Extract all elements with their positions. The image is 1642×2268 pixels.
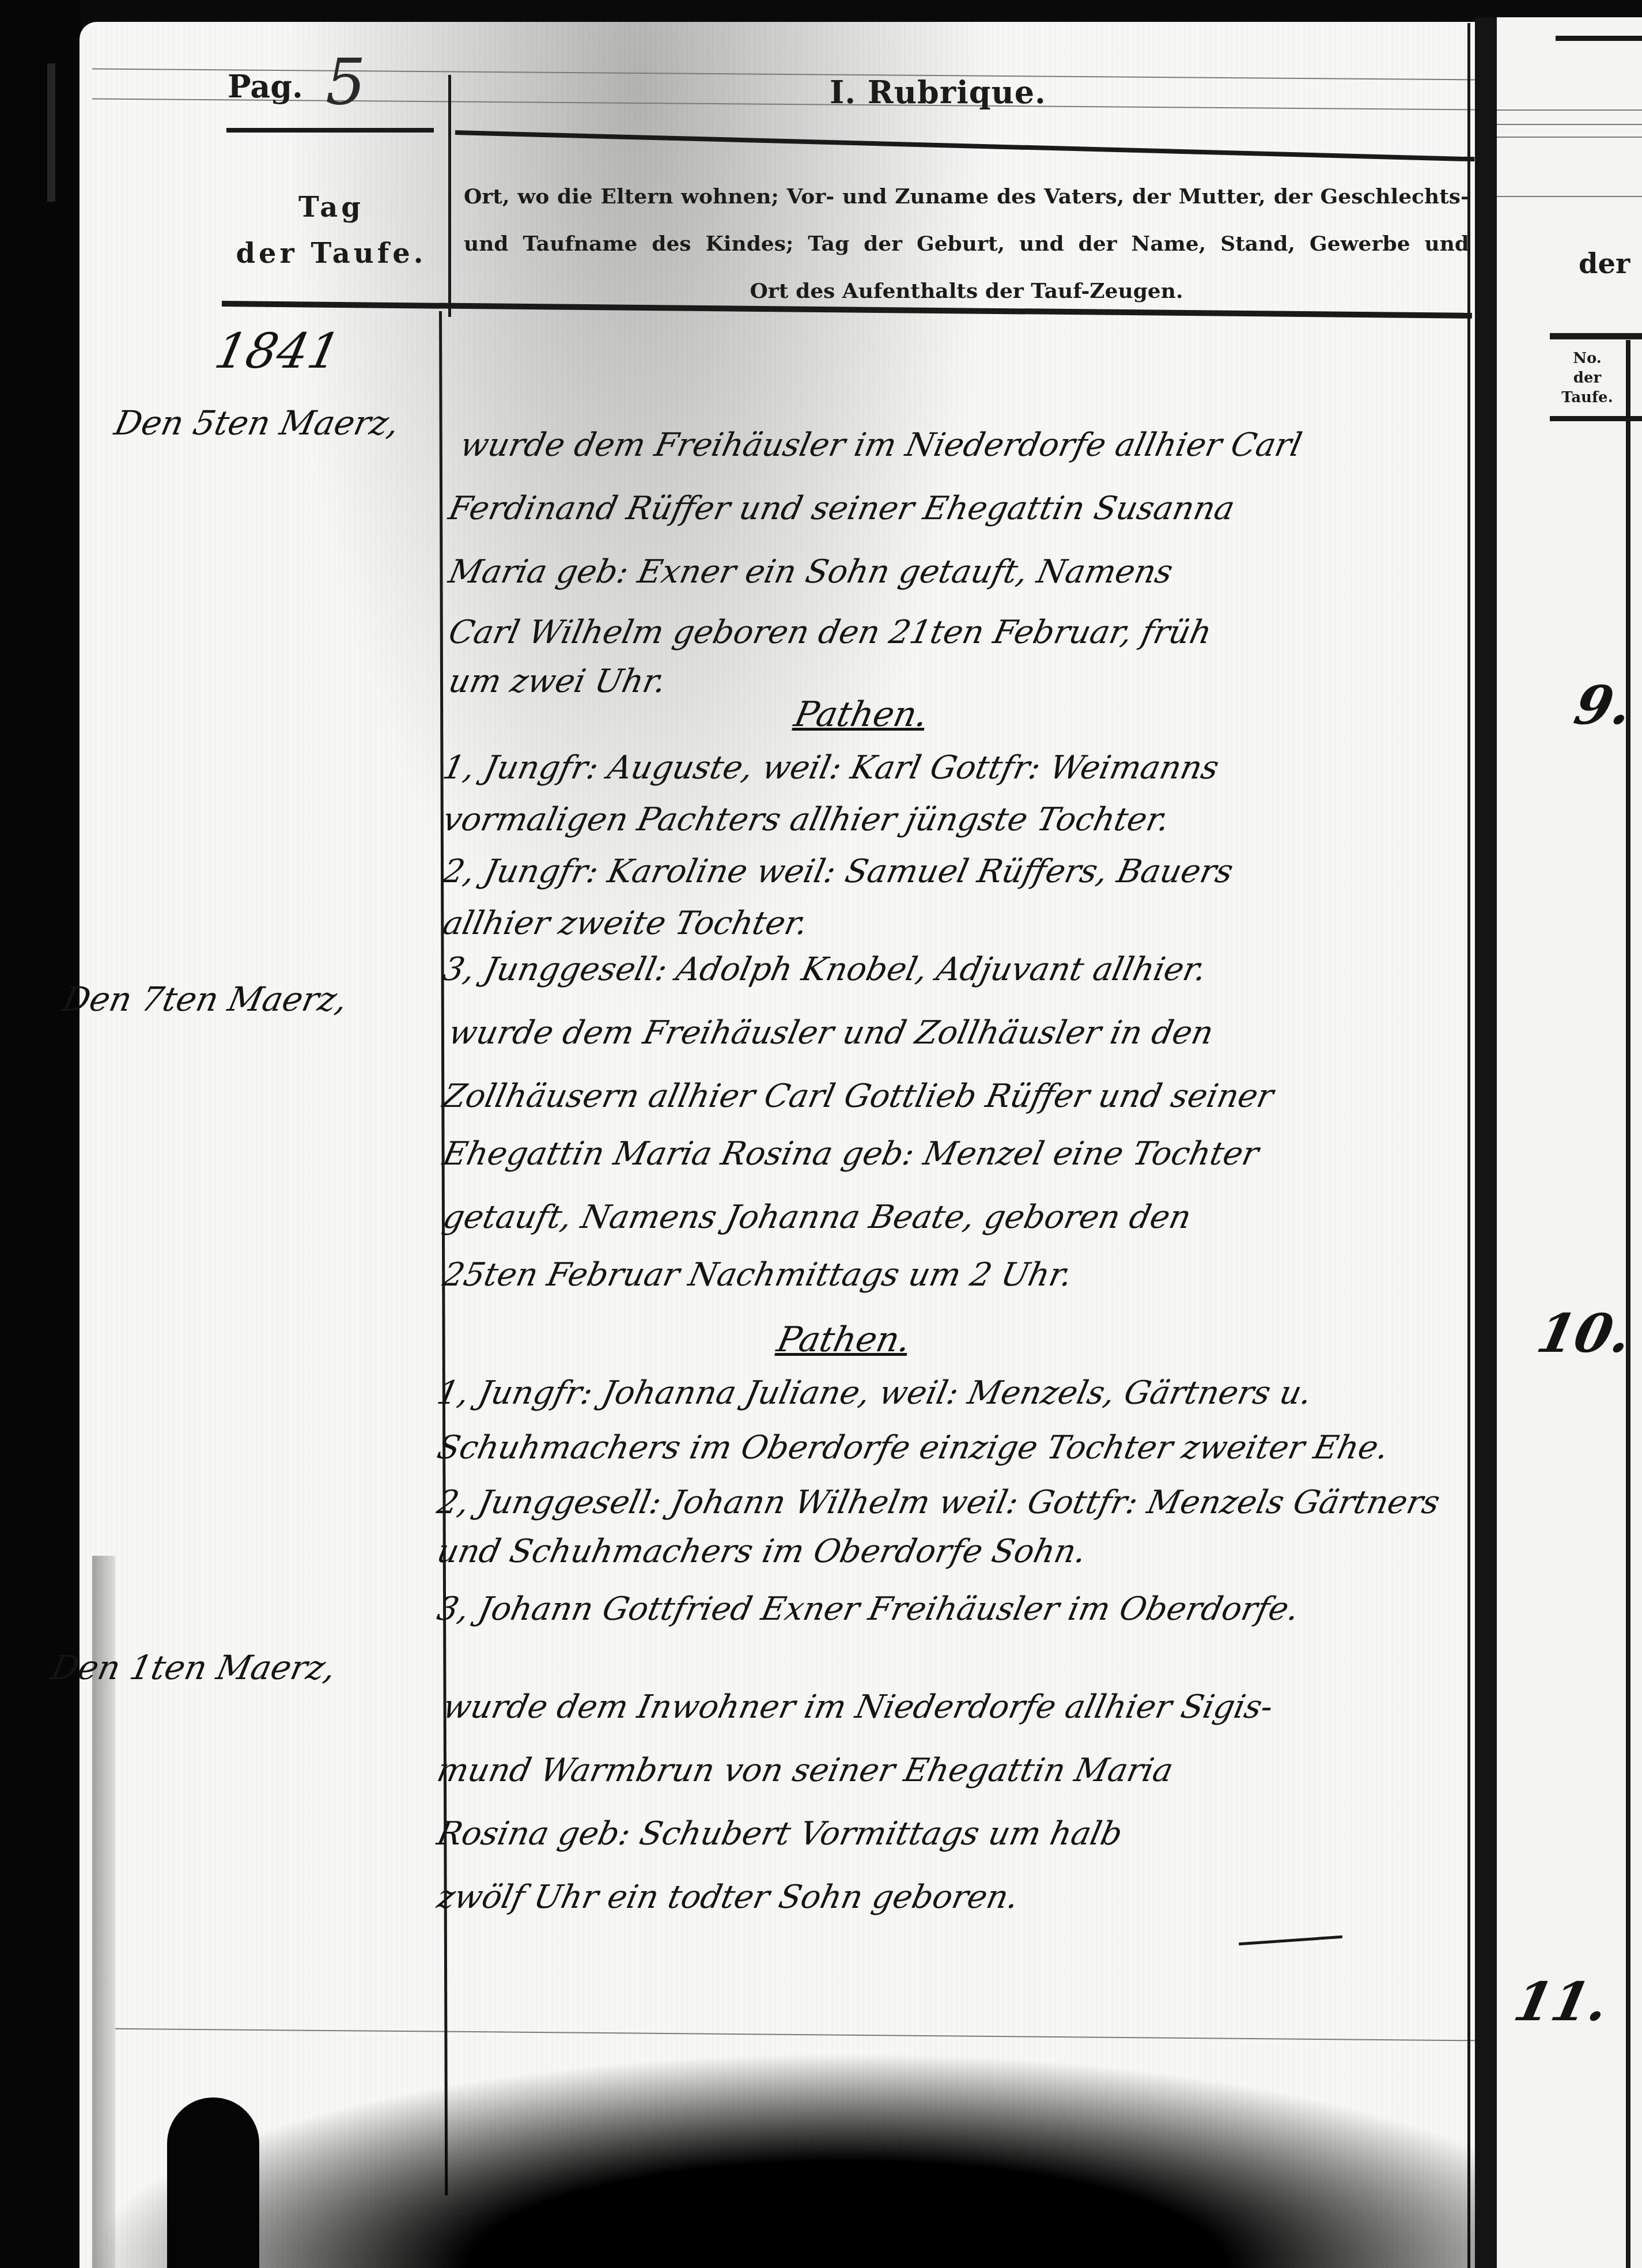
witness-line: und Schuhmachers im Oberdorfe Sohn. bbox=[434, 1533, 1089, 1570]
ruling-line bbox=[1497, 137, 1642, 138]
ruling-line bbox=[1497, 124, 1642, 125]
column-header-main: Ort, wo die Eltern wohnen; Vor- und Zuna… bbox=[464, 173, 1469, 315]
entry-line: getauft, Namens Johanna Beate, geboren d… bbox=[440, 1199, 1194, 1236]
header-rule bbox=[226, 128, 434, 133]
entry-line: wurde dem Freihäusler und Zollhäusler in… bbox=[445, 1014, 1217, 1052]
witness-line: vormaligen Pachters allhier jüngste Toch… bbox=[440, 801, 1173, 838]
baptism-date: Den 1ten Maerz, bbox=[48, 1648, 339, 1687]
entry-line: wurde dem Freihäusler im Niederdorfe all… bbox=[457, 426, 1305, 464]
section-title: I. Rubrique. bbox=[830, 74, 1046, 111]
scan-gutter bbox=[0, 0, 81, 2268]
column-header-number: No. der Taufe. bbox=[1556, 349, 1619, 407]
witness-line: 3, Junggesell: Adolph Knobel, Adjuvant a… bbox=[440, 951, 1209, 988]
entry-line: Rosina geb: Schubert Vormittags um halb bbox=[434, 1815, 1126, 1853]
page-gutter-divider bbox=[1475, 17, 1497, 2268]
header-rule bbox=[1556, 36, 1642, 41]
witness-line: Schuhmachers im Oberdorfe einzige Tochte… bbox=[434, 1429, 1392, 1466]
register-year: 1841 bbox=[210, 323, 346, 379]
page-frame-right bbox=[1467, 23, 1470, 2268]
witness-line: 3, Johann Gottfried Exner Freihäusler im… bbox=[434, 1590, 1303, 1628]
entry-line: mund Warmbrun von seiner Ehegattin Maria bbox=[434, 1752, 1176, 1789]
entry-line: 25ten Februar Nachmittags um 2 Uhr. bbox=[440, 1256, 1076, 1294]
entry-number: 11. bbox=[1509, 1971, 1614, 2033]
column-divider bbox=[448, 75, 451, 317]
scan-shadow bbox=[80, 2051, 1475, 2268]
baptism-date: Den 7ten Maerz, bbox=[59, 980, 351, 1019]
column-header-date: Tag der Taufe. bbox=[225, 184, 438, 277]
witness-line: 2, Jungfr: Karoline weil: Samuel Rüffers… bbox=[440, 853, 1236, 890]
header-rule bbox=[1550, 333, 1642, 339]
page-number: 5 bbox=[326, 45, 366, 119]
witness-line: 2, Junggesell: Johann Wilhelm weil: Gott… bbox=[434, 1484, 1443, 1521]
entry-line: Carl Wilhelm geboren den 21ten Februar, … bbox=[445, 614, 1215, 651]
entry-line: um zwei Uhr. bbox=[445, 663, 669, 700]
witness-line: 1, Jungfr: Johanna Juliane, weil: Menzel… bbox=[434, 1374, 1315, 1412]
witness-heading: Pathen. bbox=[774, 1320, 914, 1360]
entry-line: Ferdinand Rüffer und seiner Ehegattin Su… bbox=[445, 490, 1238, 527]
ruling-line bbox=[1497, 196, 1642, 197]
entry-line: Ehegattin Maria Rosina geb: Menzel eine … bbox=[440, 1135, 1262, 1173]
facing-page-header-fragment: der bbox=[1579, 248, 1630, 280]
scan-shadow bbox=[167, 2097, 259, 2268]
scan-border-top bbox=[0, 0, 1642, 21]
entry-line: Zollhäusern allhier Carl Gottlieb Rüffer… bbox=[440, 1078, 1277, 1115]
witness-heading: Pathen. bbox=[791, 694, 932, 735]
entry-line: Maria geb: Exner ein Sohn getauft, Namen… bbox=[445, 553, 1176, 591]
entry-line: zwölf Uhr ein todter Sohn geboren. bbox=[434, 1878, 1022, 1916]
entry-number: 10. bbox=[1532, 1302, 1637, 1364]
book-spine bbox=[47, 63, 55, 202]
witness-line: 1, Jungfr: Auguste, weil: Karl Gottfr: W… bbox=[440, 749, 1222, 787]
page-label: Pag. bbox=[228, 68, 303, 105]
ruling-line bbox=[1497, 109, 1642, 111]
entry-line: wurde dem Inwohner im Niederdorfe allhie… bbox=[440, 1688, 1276, 1726]
witness-line: allhier zweite Tochter. bbox=[440, 905, 811, 942]
baptism-date: Den 5ten Maerz, bbox=[111, 403, 403, 443]
